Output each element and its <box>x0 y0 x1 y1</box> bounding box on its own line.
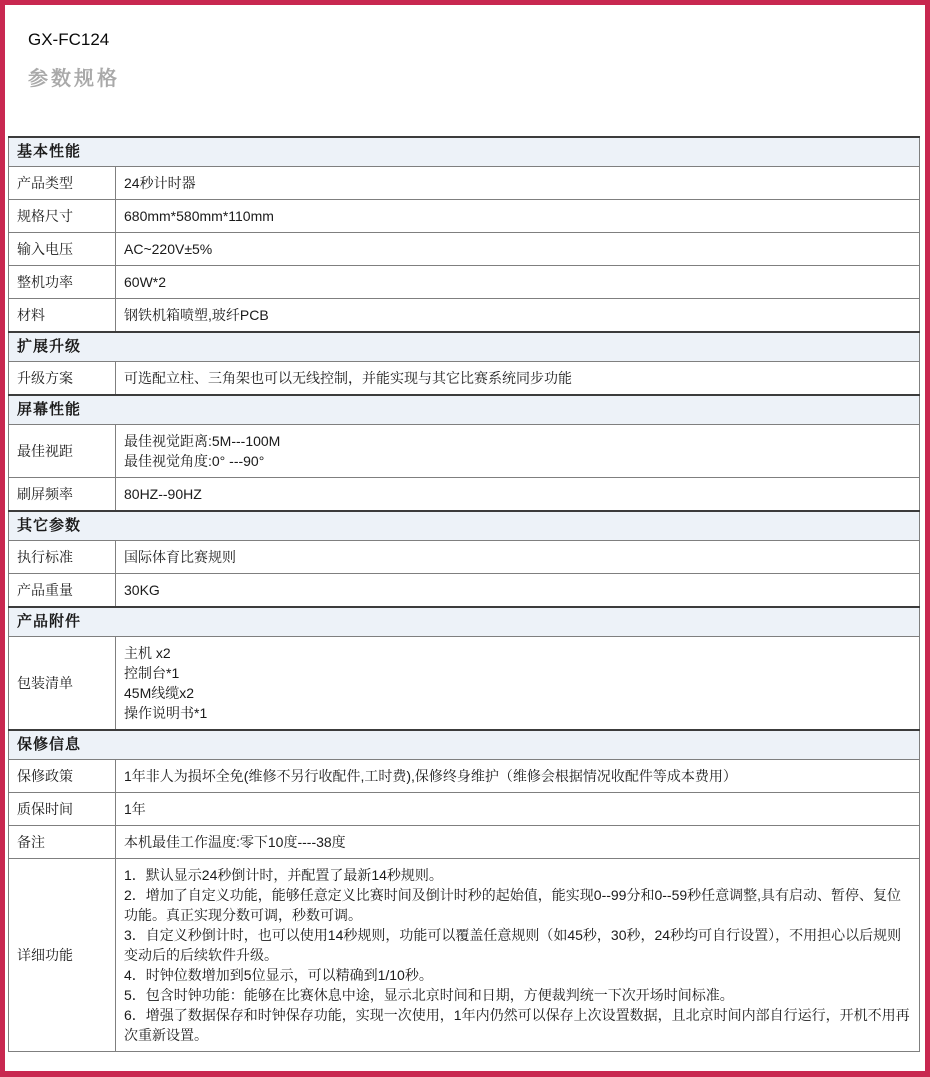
section-header: 保修信息 <box>9 730 920 760</box>
spec-label: 规格尺寸 <box>9 200 116 233</box>
section-header: 屏幕性能 <box>9 395 920 425</box>
spec-table: 基本性能 产品类型 24秒计时器 规格尺寸 680mm*580mm*110mm … <box>8 136 920 1052</box>
section-header: 扩展升级 <box>9 332 920 362</box>
spec-value: 本机最佳工作温度:零下10度----38度 <box>116 826 920 859</box>
spec-value: 24秒计时器 <box>116 167 920 200</box>
table-row: 最佳视距 最佳视觉距离:5M---100M 最佳视觉角度:0° ---90° <box>9 425 920 478</box>
spec-label: 包装清单 <box>9 637 116 731</box>
table-row: 质保时间 1年 <box>9 793 920 826</box>
table-row: 备注 本机最佳工作温度:零下10度----38度 <box>9 826 920 859</box>
spec-value: 680mm*580mm*110mm <box>116 200 920 233</box>
section-header: 其它参数 <box>9 511 920 541</box>
product-model: GX-FC124 <box>28 30 925 50</box>
spec-value: 1．默认显示24秒倒计时，并配置了最新14秒规则。 2．增加了自定义功能，能够任… <box>116 859 920 1052</box>
section-row-screen: 屏幕性能 <box>9 395 920 425</box>
spec-label: 保修政策 <box>9 760 116 793</box>
spec-value: 国际体育比赛规则 <box>116 541 920 574</box>
table-row: 材料 钢铁机箱喷塑,玻纤PCB <box>9 299 920 333</box>
spec-value: 30KG <box>116 574 920 608</box>
page-title: 参数规格 <box>28 62 925 91</box>
spec-label: 输入电压 <box>9 233 116 266</box>
spec-value: 1年 <box>116 793 920 826</box>
spec-label: 产品重量 <box>9 574 116 608</box>
spec-label: 产品类型 <box>9 167 116 200</box>
spec-label: 升级方案 <box>9 362 116 396</box>
table-row: 整机功率 60W*2 <box>9 266 920 299</box>
spec-label: 材料 <box>9 299 116 333</box>
spec-value: 钢铁机箱喷塑,玻纤PCB <box>116 299 920 333</box>
spec-value: 最佳视觉距离:5M---100M 最佳视觉角度:0° ---90° <box>116 425 920 478</box>
table-row: 刷屏频率 80HZ--90HZ <box>9 478 920 512</box>
section-row-upgrade: 扩展升级 <box>9 332 920 362</box>
section-row-warranty: 保修信息 <box>9 730 920 760</box>
page-header: GX-FC124 参数规格 <box>5 5 925 91</box>
spec-label: 整机功率 <box>9 266 116 299</box>
section-row-basic: 基本性能 <box>9 137 920 167</box>
spec-value: 可选配立柱、三角架也可以无线控制，并能实现与其它比赛系统同步功能 <box>116 362 920 396</box>
table-row: 规格尺寸 680mm*580mm*110mm <box>9 200 920 233</box>
spec-label: 执行标准 <box>9 541 116 574</box>
page-frame: GX-FC124 参数规格 基本性能 产品类型 24秒计时器 规格尺寸 680m… <box>0 0 930 1077</box>
table-row: 详细功能 1．默认显示24秒倒计时，并配置了最新14秒规则。 2．增加了自定义功… <box>9 859 920 1052</box>
spec-value: 60W*2 <box>116 266 920 299</box>
spec-value: 1年非人为损坏全免(维修不另行收配件,工时费),保修终身维护（维修会根据情况收配… <box>116 760 920 793</box>
table-row: 包装清单 主机 x2 控制台*1 45M线缆x2 操作说明书*1 <box>9 637 920 731</box>
table-row: 产品重量 30KG <box>9 574 920 608</box>
spec-label: 备注 <box>9 826 116 859</box>
spec-label: 刷屏频率 <box>9 478 116 512</box>
table-row: 产品类型 24秒计时器 <box>9 167 920 200</box>
spec-value: 主机 x2 控制台*1 45M线缆x2 操作说明书*1 <box>116 637 920 731</box>
spec-label: 质保时间 <box>9 793 116 826</box>
section-row-accessories: 产品附件 <box>9 607 920 637</box>
spec-label: 详细功能 <box>9 859 116 1052</box>
spec-label: 最佳视距 <box>9 425 116 478</box>
table-row: 升级方案 可选配立柱、三角架也可以无线控制，并能实现与其它比赛系统同步功能 <box>9 362 920 396</box>
section-header: 基本性能 <box>9 137 920 167</box>
section-header: 产品附件 <box>9 607 920 637</box>
spec-value: 80HZ--90HZ <box>116 478 920 512</box>
table-row: 执行标准 国际体育比赛规则 <box>9 541 920 574</box>
spec-value: AC~220V±5% <box>116 233 920 266</box>
table-row: 输入电压 AC~220V±5% <box>9 233 920 266</box>
table-row: 保修政策 1年非人为损坏全免(维修不另行收配件,工时费),保修终身维护（维修会根… <box>9 760 920 793</box>
section-row-other: 其它参数 <box>9 511 920 541</box>
